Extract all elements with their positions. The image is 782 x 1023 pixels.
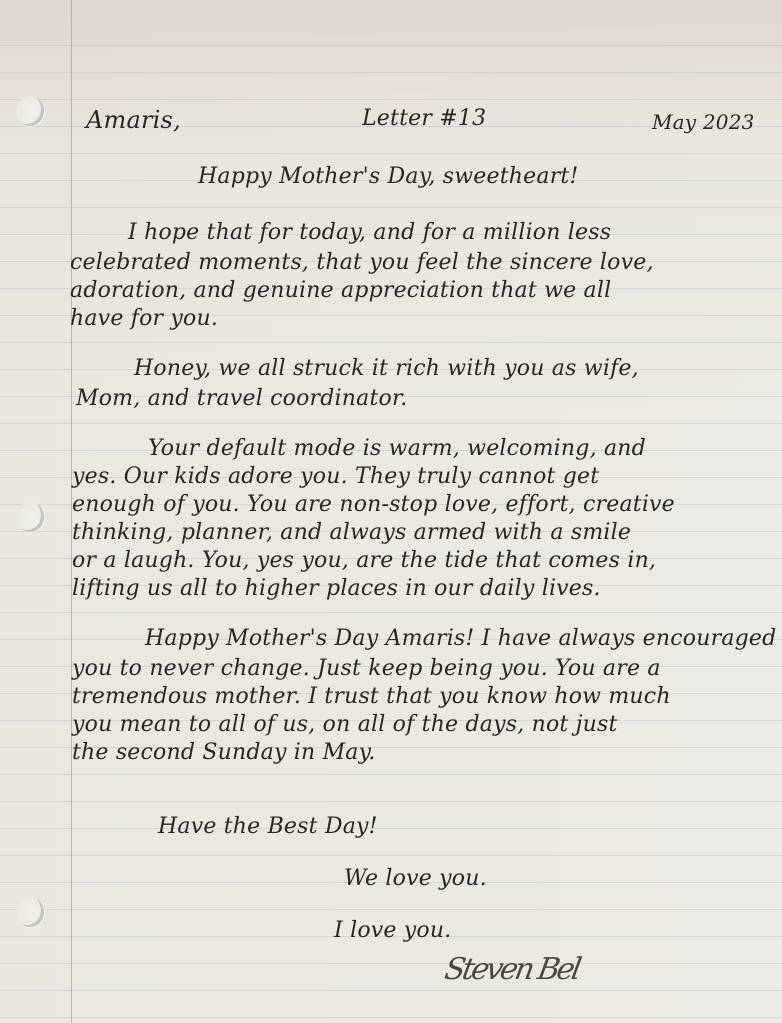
closing-line-1: Have the Best Day! [158,816,378,838]
letter-number: Letter #13 [362,108,486,130]
paragraph-1-line-1: I hope that for today, and for a million… [128,222,611,244]
letter-date: May 2023 [652,112,755,132]
paragraph-1-line-3: adoration, and genuine appreciation that… [70,280,611,302]
paragraph-4-line-5: the second Sunday in May. [72,742,376,764]
notebook-paper: Amaris, Letter #13 May 2023 Happy Mother… [0,0,782,1023]
paragraph-3-line-5: or a laugh. You, yes you, are the tide t… [72,550,656,572]
paragraph-1-line-2: celebrated moments, that you feel the si… [70,252,654,274]
paragraph-4-line-1: Happy Mother's Day Amaris! I have always… [145,628,776,650]
paragraph-3-line-3: enough of you. You are non-stop love, ef… [72,494,675,516]
punch-hole-bottom [16,897,44,927]
signature: Steven Bel [442,952,581,987]
punch-hole-middle [16,502,44,532]
greeting: Happy Mother's Day, sweetheart! [198,166,579,188]
paragraph-4-line-2: you to never change. Just keep being you… [72,658,661,680]
paragraph-3-line-4: thinking, planner, and always armed with… [72,522,631,544]
closing-line-3: I love you. [334,920,451,942]
punch-hole-top [16,96,44,126]
paragraph-2-line-1: Honey, we all struck it rich with you as… [134,358,639,380]
paragraph-1-line-4: have for you. [70,308,218,330]
paragraph-3-line-1: Your default mode is warm, welcoming, an… [148,438,646,460]
closing-line-2: We love you. [344,868,487,890]
paragraph-4-line-3: tremendous mother. I trust that you know… [72,686,671,708]
paragraph-2-line-2: Mom, and travel coordinator. [76,388,407,410]
paragraph-3-line-6: lifting us all to higher places in our d… [72,578,601,600]
salutation: Amaris, [86,108,181,132]
paragraph-3-line-2: yes. Our kids adore you. They truly cann… [72,466,599,488]
paragraph-4-line-4: you mean to all of us, on all of the day… [72,714,618,736]
